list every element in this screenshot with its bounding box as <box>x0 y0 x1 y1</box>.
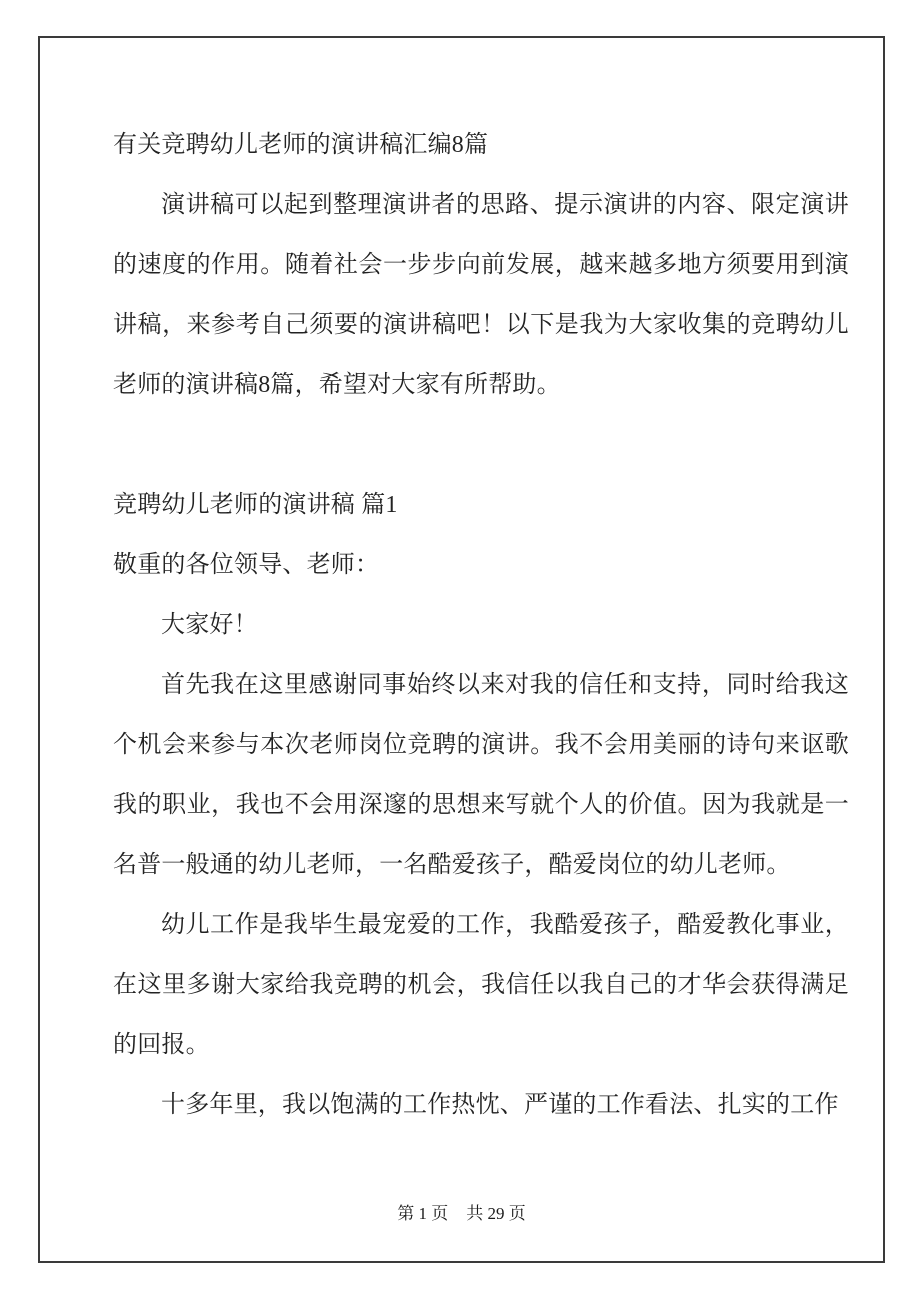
page-total: 共 29 页 <box>466 1204 526 1223</box>
document-page: 有关竞聘幼儿老师的演讲稿汇编8篇 演讲稿可以起到整理演讲者的思路、提示演讲的内容… <box>38 36 885 1263</box>
body-paragraph: 大家好！ <box>113 595 849 655</box>
page-number: 第 1 页 <box>397 1204 448 1223</box>
salutation: 敬重的各位领导、老师： <box>113 535 849 595</box>
document-body: 有关竞聘幼儿老师的演讲稿汇编8篇 演讲稿可以起到整理演讲者的思路、提示演讲的内容… <box>113 115 849 1135</box>
section-heading: 竞聘幼儿老师的演讲稿 篇1 <box>113 475 849 535</box>
body-paragraph: 幼儿工作是我毕生最宠爱的工作，我酷爱孩子，酷爱教化事业，在这里多谢大家给我竞聘的… <box>113 895 849 1075</box>
body-paragraph: 十多年里，我以饱满的工作热忱、严谨的工作看法、扎实的工作 <box>113 1075 849 1135</box>
page-title: 有关竞聘幼儿老师的演讲稿汇编8篇 <box>113 115 849 175</box>
intro-paragraph: 演讲稿可以起到整理演讲者的思路、提示演讲的内容、限定演讲的速度的作用。随着社会一… <box>113 175 849 415</box>
page-footer: 第 1 页共 29 页 <box>40 1202 883 1226</box>
body-paragraph: 首先我在这里感谢同事始终以来对我的信任和支持，同时给我这个机会来参与本次老师岗位… <box>113 655 849 895</box>
